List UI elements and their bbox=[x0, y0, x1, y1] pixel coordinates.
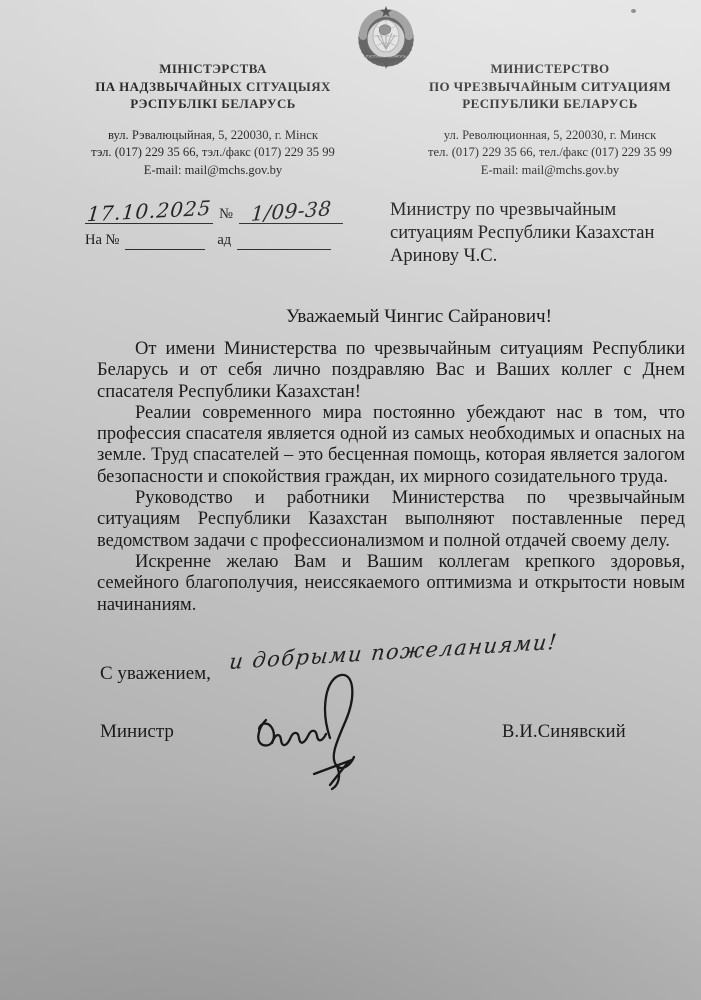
ministry-title-ru-line3: РЕСПУБЛИКИ БЕЛАРУСЬ bbox=[405, 95, 695, 113]
body-paragraph-3: Руководство и работники Министерства по … bbox=[97, 488, 685, 552]
addressee-line1: Министру по чрезвычайным bbox=[390, 199, 685, 222]
ministry-email-by: E-mail: mail@mchs.gov.by bbox=[63, 162, 363, 180]
body-paragraph-2: Реалии современного мира постоянно убежд… bbox=[97, 403, 685, 488]
header-left-belarusian: МІНІСТЭРСТВА ПА НАДЗВЫЧАЙНЫХ СІТУАЦЫЯХ Р… bbox=[63, 60, 363, 179]
closing-phrase: С уважением, bbox=[100, 663, 211, 685]
reference-block: 17.10.2025 № 1/09-38 На № ад bbox=[85, 196, 355, 250]
ministry-title-by-line1: МІНІСТЭРСТВА bbox=[63, 60, 363, 78]
outgoing-number-field: 1/09-38 bbox=[239, 199, 343, 224]
incoming-date-field bbox=[237, 249, 331, 250]
on-number-label: На № bbox=[85, 232, 119, 250]
outgoing-number-handwritten: 1/09-38 bbox=[250, 196, 332, 226]
header-right-russian: МИНИСТЕРСТВО ПО ЧРЕЗВЫЧАЙНЫМ СИТУАЦИЯМ Р… bbox=[405, 60, 695, 179]
ministry-address-by-line2: тэл. (017) 229 35 66, тэл./факс (017) 22… bbox=[63, 144, 363, 162]
ministry-title-ru-line1: МИНИСТЕРСТВО bbox=[405, 60, 695, 78]
letter-body: От имени Министерства по чрезвычайным си… bbox=[97, 339, 685, 616]
addressee-block: Министру по чрезвычайным ситуациям Респу… bbox=[390, 199, 685, 268]
addressee-line2: ситуациям Республики Казахстан bbox=[390, 222, 685, 245]
ministry-email-ru: E-mail: mail@mchs.gov.by bbox=[405, 162, 695, 180]
signer-name: В.И.Синявский bbox=[502, 722, 626, 743]
ministry-address-ru-line1: ул. Революционная, 5, 220030, г. Минск bbox=[405, 127, 695, 145]
scan-speck bbox=[631, 9, 636, 13]
minister-signature-icon bbox=[250, 670, 382, 792]
body-paragraph-1: От имени Министерства по чрезвычайным си… bbox=[97, 339, 685, 403]
from-date-label: ад bbox=[217, 232, 231, 250]
scanned-letter-page: РЭСПУБЛІКА БЕЛАРУСЬ МІНІСТЭРСТВА ПА НАДЗ… bbox=[0, 0, 701, 1000]
ministry-title-by-line2: ПА НАДЗВЫЧАЙНЫХ СІТУАЦЫЯХ bbox=[63, 78, 363, 96]
ministry-title-by-line3: РЭСПУБЛІКІ БЕЛАРУСЬ bbox=[63, 95, 363, 113]
body-paragraph-4: Искренне желаю Вам и Вашим коллегам креп… bbox=[97, 552, 685, 616]
emblem-ribbon-text: РЭСПУБЛІКА БЕЛАРУСЬ bbox=[366, 55, 407, 59]
signer-position: Министр bbox=[100, 721, 174, 743]
ministry-address-ru-line2: тел. (017) 229 35 66, тел./факс (017) 22… bbox=[405, 144, 695, 162]
closing-handwritten-addition: и добрыми пожеланиями! bbox=[228, 630, 559, 674]
number-sign-label: № bbox=[213, 206, 239, 224]
ministry-address-by-line1: вул. Рэвалюцыйная, 5, 220030, г. Мінск bbox=[63, 127, 363, 145]
ministry-title-ru-line2: ПО ЧРЕЗВЫЧАЙНЫМ СИТУАЦИЯМ bbox=[405, 78, 695, 96]
salutation: Уважаемый Чингис Сайранович! bbox=[97, 306, 701, 328]
outgoing-date-handwritten: 17.10.2025 bbox=[86, 196, 212, 227]
incoming-number-field bbox=[125, 249, 205, 250]
addressee-line3: Аринову Ч.С. bbox=[390, 245, 685, 268]
outgoing-date-field: 17.10.2025 bbox=[85, 199, 213, 224]
